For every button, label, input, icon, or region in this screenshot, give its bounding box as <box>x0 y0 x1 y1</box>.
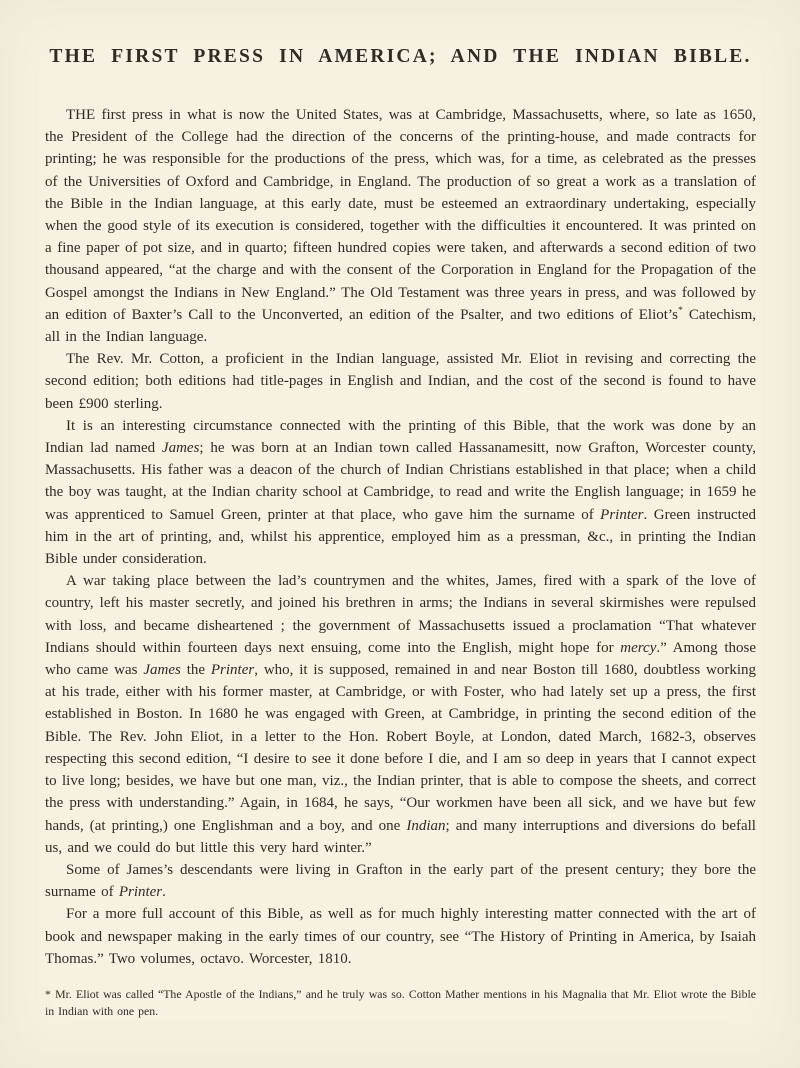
italic-text-segment: Printer <box>600 507 643 523</box>
paragraph-5: Some of James’s descendants were living … <box>45 859 756 903</box>
text-segment: . <box>162 884 166 900</box>
paragraph-3: It is an interesting circumstance connec… <box>45 415 756 570</box>
footnote: * Mr. Eliot was called “The Apostle of t… <box>45 986 756 1020</box>
text-segment: The Rev. Mr. Cotton, a proficient in the… <box>45 351 756 411</box>
page-title: THE FIRST PRESS IN AMERICA; AND THE INDI… <box>45 46 756 68</box>
paragraph-4: A war taking place between the lad’s cou… <box>45 570 756 859</box>
document-page: THE FIRST PRESS IN AMERICA; AND THE INDI… <box>0 0 800 1068</box>
text-segment: , who, it is supposed, remained in and n… <box>45 662 756 833</box>
italic-text-segment: Printer <box>119 884 162 900</box>
text-segment: THE first press in what is now the Unite… <box>45 107 756 323</box>
body-text: THE first press in what is now the Unite… <box>45 104 756 970</box>
italic-text-segment: James <box>143 662 181 678</box>
italic-text-segment: Indian <box>406 818 445 834</box>
italic-text-segment: James <box>162 440 200 456</box>
paragraph-6: For a more full account of this Bible, a… <box>45 903 756 970</box>
paragraph-1: THE first press in what is now the Unite… <box>45 104 756 348</box>
italic-text-segment: mercy <box>620 640 656 656</box>
text-segment: the <box>181 662 211 678</box>
text-segment: * Mr. Eliot was called “The Apostle of t… <box>45 987 756 1018</box>
text-segment: For a more full account of this Bible, a… <box>45 906 756 966</box>
paragraph-2: The Rev. Mr. Cotton, a proficient in the… <box>45 348 756 415</box>
italic-text-segment: Printer <box>211 662 254 678</box>
